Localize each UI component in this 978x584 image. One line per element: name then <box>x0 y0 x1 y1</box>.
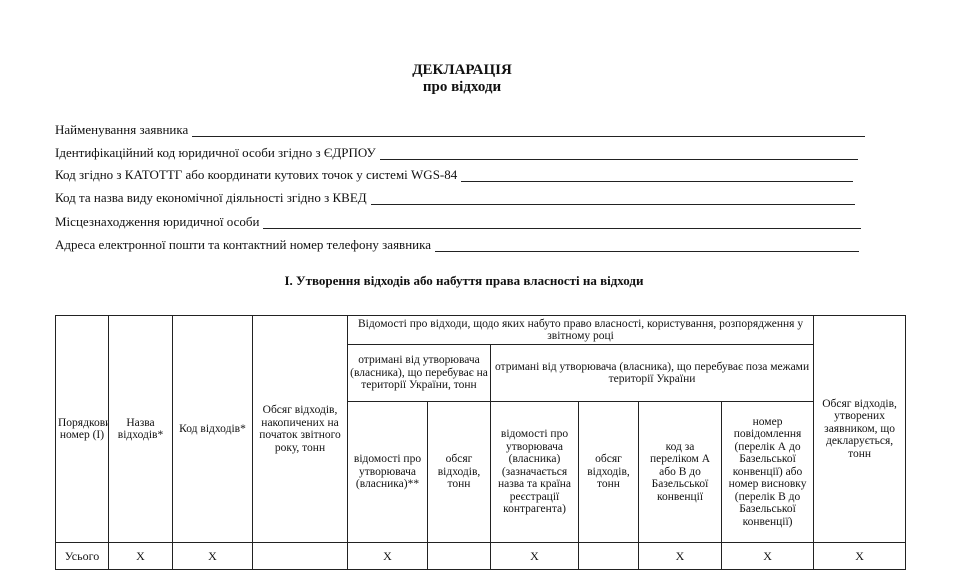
legal-address-label: Місцезнаходження юридичної особи <box>55 214 259 229</box>
edrpou-code-label: Ідентифікаційний код юридичної особи згі… <box>55 145 376 160</box>
total-waste-code-cell[interactable]: X <box>173 543 253 570</box>
header-foreign-group: отримані від утворювача (власника), що п… <box>491 345 814 402</box>
header-basel-code: код за переліком А або В до Базельської … <box>639 402 722 543</box>
legal-address-field[interactable]: Місцезнаходження юридичної особи <box>55 214 861 229</box>
header-notification-number: номер повідомлення (перелік А до Базельс… <box>722 402 814 543</box>
kved-code-field[interactable]: Код та назва виду економічної діяльності… <box>55 190 855 205</box>
document-subtitle: про відходи <box>0 79 924 96</box>
section-title: І. Утворення відходів або набуття права … <box>0 273 928 289</box>
header-waste-name: Назва відходів* <box>109 316 173 543</box>
katottg-code-input-line[interactable] <box>461 169 853 182</box>
contact-info-field[interactable]: Адреса електронної пошти та контактний н… <box>55 237 859 252</box>
applicant-name-label: Найменування заявника <box>55 122 188 137</box>
total-domestic-volume-cell[interactable] <box>428 543 491 570</box>
kved-code-label: Код та назва виду економічної діяльності… <box>55 190 367 205</box>
applicant-name-input-line[interactable] <box>192 124 865 137</box>
contact-info-input-line[interactable] <box>435 239 859 252</box>
header-row-1: Порядковий номер (І) Назва відходів* Код… <box>56 316 906 345</box>
katottg-code-field[interactable]: Код згідно з КАТОТТГ або координати куто… <box>55 167 853 182</box>
header-serial-number: Порядковий номер (І) <box>56 316 109 543</box>
total-label: Усього <box>56 543 109 570</box>
total-basel-code-cell[interactable]: X <box>639 543 722 570</box>
total-notification-number-cell[interactable]: X <box>722 543 814 570</box>
edrpou-code-field[interactable]: Ідентифікаційний код юридичної особи згі… <box>55 145 858 160</box>
total-row: Усього X X X X X X X <box>56 543 906 570</box>
contact-info-label: Адреса електронної пошти та контактний н… <box>55 237 431 252</box>
header-domestic-volume: обсяг відходів, тонн <box>428 402 491 543</box>
katottg-code-label: Код згідно з КАТОТТГ або координати куто… <box>55 167 457 182</box>
header-waste-code: Код відходів* <box>173 316 253 543</box>
total-accumulated-volume-cell[interactable] <box>253 543 348 570</box>
applicant-name-field[interactable]: Найменування заявника <box>55 122 865 137</box>
header-ownership-group: Відомості про відходи, щодо яких набуто … <box>348 316 814 345</box>
total-domestic-producer-info-cell[interactable]: X <box>348 543 428 570</box>
header-accumulated-volume: Обсяг відходів, накопичених на початок з… <box>253 316 348 543</box>
total-generated-volume-cell[interactable]: X <box>814 543 906 570</box>
waste-declaration-table: Порядковий номер (І) Назва відходів* Код… <box>55 315 906 570</box>
header-domestic-producer-info: відомості про утворювача (власника)** <box>348 402 428 543</box>
kved-code-input-line[interactable] <box>371 192 855 205</box>
total-waste-name-cell[interactable]: X <box>109 543 173 570</box>
total-foreign-producer-info-cell[interactable]: X <box>491 543 579 570</box>
header-foreign-volume: обсяг відходів, тонн <box>579 402 639 543</box>
edrpou-code-input-line[interactable] <box>380 147 858 160</box>
document-title: ДЕКЛАРАЦІЯ <box>0 62 924 79</box>
total-foreign-volume-cell[interactable] <box>579 543 639 570</box>
header-domestic-group: отримані від утворювача (власника), що п… <box>348 345 491 402</box>
header-foreign-producer-info: відомості про утворювача (власника) (заз… <box>491 402 579 543</box>
legal-address-input-line[interactable] <box>263 216 861 229</box>
header-generated-volume: Обсяг відходів, утворених заявником, що … <box>814 316 906 543</box>
